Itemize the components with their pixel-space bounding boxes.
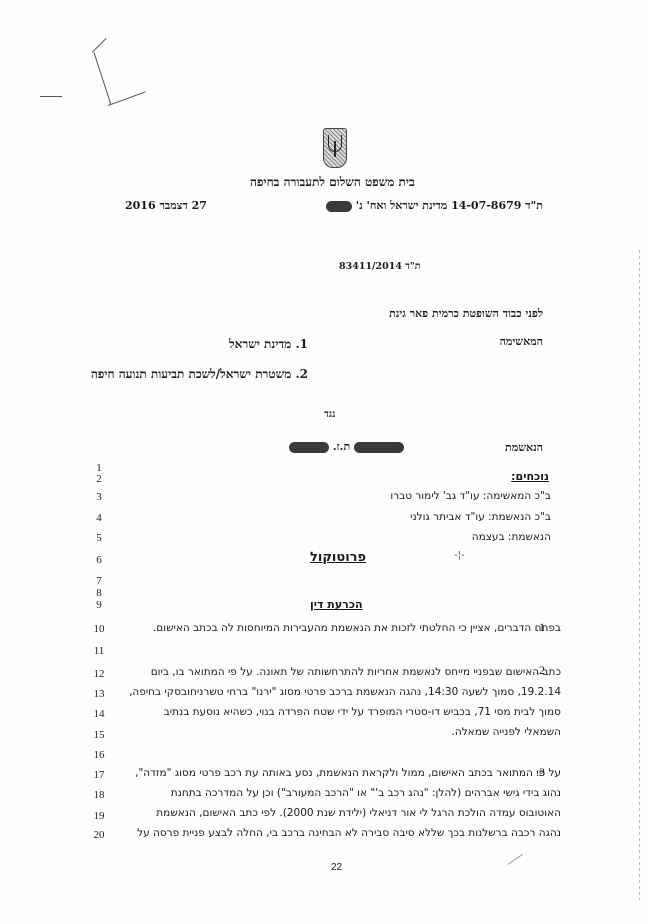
paragraph-line: כתב האישום שבפניי מייחס לנאשמת אחריות לה… [151,666,561,678]
scan-edge [639,250,640,900]
scan-mark [508,854,523,865]
defense-counsel: ב"כ הנאשמת: עו"ד אביתר גולני [410,511,551,523]
prosecution-counsel: ב"כ המאשימה: עו"ד גב' לימור טברו [390,490,551,502]
line-number: 5 [88,532,110,544]
scan-mark [108,91,146,106]
line-number: 4 [88,512,110,524]
defendant-identity: ת.ז. [289,440,404,453]
line-number: 8 [88,587,110,599]
line-number: 6 [88,554,110,566]
scan-mark [40,96,62,97]
prosecution-party-2: 2. משטרת ישראל/לשכת תביעות תנועה חיפה [91,367,308,382]
paragraph-line: סמוך לבית מסי 71, בכביש דו-סטרי המופרד ע… [164,706,561,718]
protocol-title: פרוטוקול [310,550,366,565]
defendant-presence: הנאשמת: בעצמה [472,531,551,543]
verdict-title: הכרעת דין [310,598,363,611]
defendant-label: הנאשמת [505,441,543,454]
prosecution-party-1: 1. מדינת ישראל [229,337,308,352]
line-number: 10 [88,623,110,635]
line-number: 3 [88,491,110,503]
hearing-date: 27 דצמבר 2016 [125,199,207,212]
line-number: 14 [88,708,110,720]
line-number: 9 [88,599,110,611]
paragraph-line: האוטובוס עמדה הולכת הרגל לי אור דניאלי (… [156,807,561,819]
page-number: 22 [331,862,342,873]
paragraph-line: השמאלי לפנייה שמאלה. [452,726,561,738]
paragraph-line: נהגה רכבה ברשלנות בכך שללא סיבה סבירה לא… [137,827,561,839]
redacted-id-number [289,442,329,453]
line-number: 18 [88,789,110,801]
line-number: 16 [88,749,110,761]
attendance-title: נוכחים: [511,470,549,483]
redacted-defendant-name [354,442,404,453]
paragraph-line: בפתח הדברים, אציין כי החלטתי לזכות את הנ… [153,622,561,634]
scan-mark [92,38,107,53]
court-name: בית משפט השלום לתעבורה בחיפה [250,175,415,190]
line-number: 17 [88,769,110,781]
paragraph-line: 19.2.14, סמוך לשעה 14:30, נהגה הנאשמת בר… [129,686,561,698]
paragraph-line: על פי המתואר בכתב האישום, ממול ולקראת הנ… [135,767,561,779]
judge-line: לפני כבוד השופטת כרמית פאר גינת [389,307,543,320]
scan-mark [94,52,112,105]
versus-label: נגד [324,409,335,420]
redacted-name [326,201,352,212]
line-number: 19 [88,810,110,822]
id-label: ת.ז. [333,440,350,453]
document-page: בית משפט השלום לתעבורה בחיפה ת"ד 14-07-8… [0,0,647,924]
line-number: 13 [88,688,110,700]
line-number: 7 [88,575,110,587]
prosecution-label: המאשימה [500,335,543,348]
case-reference: ת"ד 14-07-8679 מדינת ישראל ואח' נ' [326,199,543,212]
crosshair-mark: -¦- [454,550,465,561]
line-number: 2 [88,473,110,485]
case-ref-text: ת"ד 14-07-8679 מדינת ישראל ואח' נ' [356,199,543,212]
file-number: ת"ד 83411/2014 [339,261,421,272]
paragraph-line: נהוג בידי גישי אברהים (להלן: "נהג רכב ב'… [171,787,561,799]
line-number: 20 [88,829,110,841]
line-number: 15 [88,729,110,741]
line-number: 11 [88,645,110,657]
line-number: 12 [88,668,110,680]
state-emblem-menorah-icon [323,128,347,168]
